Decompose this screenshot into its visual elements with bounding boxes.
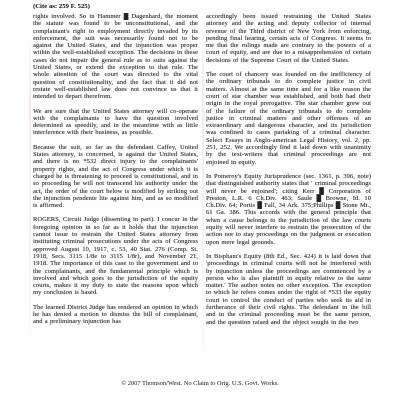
paragraph: In Pomeroy's Equity Jurisprudence (sec. …: [206, 173, 371, 246]
document-page: 259 F. 525 (Cite as: 259 F. 525) rights …: [0, 0, 400, 400]
scan-smudge-right: [202, 20, 204, 350]
paragraph: We are sure that the United States attor…: [33, 108, 198, 137]
paragraph: The learned District Judge has rendered …: [33, 304, 198, 326]
right-column: accordingly been issued restraining the …: [206, 13, 371, 377]
paragraph: The court of chancery was founded on the…: [206, 71, 371, 166]
cite-line: (Cite as: 259 F. 525): [33, 3, 90, 10]
paragraph: Because the suit, so far as the defendan…: [33, 144, 198, 210]
partial-header-line: 259 F. 525: [33, 0, 63, 2]
paragraph: accordingly been issued restraining the …: [206, 13, 371, 64]
scan-smudge-left: [29, 38, 31, 333]
paragraph: rights involved. So in Hammer █ Dagenhar…: [33, 13, 198, 101]
paragraph: In Bispham's Equity (8th Ed., Sec. 424) …: [206, 253, 371, 326]
paragraph: ROGERS, Circuit Judge (dissenting in par…: [33, 216, 198, 296]
footer-copyright: © 2007 Thomson/West. No Claim to Orig. U…: [0, 380, 400, 387]
left-column: rights involved. So in Hammer █ Dagenhar…: [33, 13, 198, 377]
